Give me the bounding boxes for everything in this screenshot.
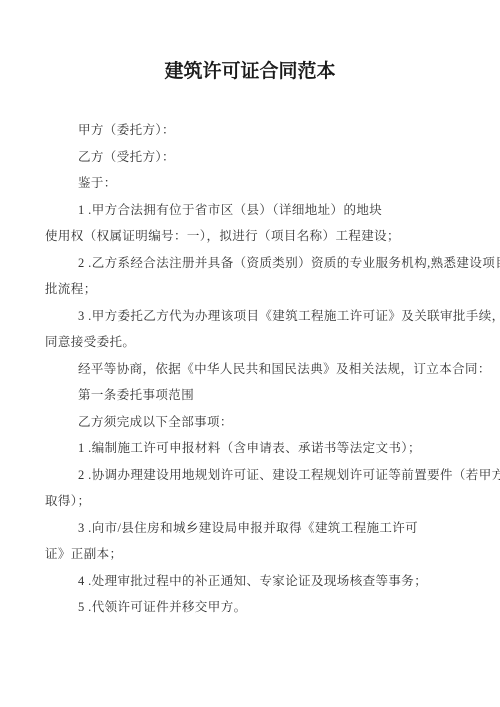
contract-line-recital-1-cont: 使用权（权属证明编号：一），拟进行（项目名称）工程建设； xyxy=(45,223,455,250)
contract-line-task-2-cont: 取得）； xyxy=(45,488,455,515)
document-title: 建筑许可证合同范本 xyxy=(45,0,455,86)
contract-line-article-1-heading: 第一条委托事项范围 xyxy=(45,382,455,409)
contract-line-party-a: 甲方（委托方）： xyxy=(45,117,455,144)
contract-line-recital-2-cont: 批流程； xyxy=(45,276,455,303)
contract-line-recital-3: 3 .甲方委托乙方代为办理该项目《建筑工程施工许可证》及关联审批手续，乙方 xyxy=(45,303,455,330)
contract-line-task-4: 4 .处理审批过程中的补正通知、专家论证及现场核查等事务； xyxy=(45,568,455,595)
contract-line-task-1: 1 .编制施工许可申报材料（含申请表、承诺书等法定文书）； xyxy=(45,435,455,462)
contract-line-recital-3-cont: 同意接受委托。 xyxy=(45,329,455,356)
contract-line-party-b: 乙方（受托方）： xyxy=(45,144,455,171)
document-body: 甲方（委托方）： 乙方（受托方）： 鉴于： 1 .甲方合法拥有位于省市区（县）（… xyxy=(45,117,455,621)
contract-document-page: 建筑许可证合同范本 甲方（委托方）： 乙方（受托方）： 鉴于： 1 .甲方合法拥… xyxy=(0,0,500,707)
contract-line-task-2: 2 .协调办理建设用地规划许可证、建设工程规划许可证等前置要件（若甲方尚未 xyxy=(45,462,455,489)
contract-line-recital-2: 2 .乙方系经合法注册并具备（资质类别）资质的专业服务机构,熟悉建设项目审 xyxy=(45,250,455,277)
contract-line-whereas: 鉴于： xyxy=(45,170,455,197)
contract-line-recital-1: 1 .甲方合法拥有位于省市区（县）（详细地址）的地块 xyxy=(45,197,455,224)
contract-line-tasks-intro: 乙方须完成以下全部事项： xyxy=(45,409,455,436)
contract-line-task-5: 5 .代领许可证件并移交甲方。 xyxy=(45,594,455,621)
contract-line-legal-basis: 经平等协商，依据《中华人民共和国民法典》及相关法规，订立本合同： xyxy=(45,356,455,383)
contract-line-task-3: 3 .向市/县住房和城乡建设局申报并取得《建筑工程施工许可 xyxy=(45,515,455,542)
contract-line-task-3-cont: 证》正副本； xyxy=(45,541,455,568)
